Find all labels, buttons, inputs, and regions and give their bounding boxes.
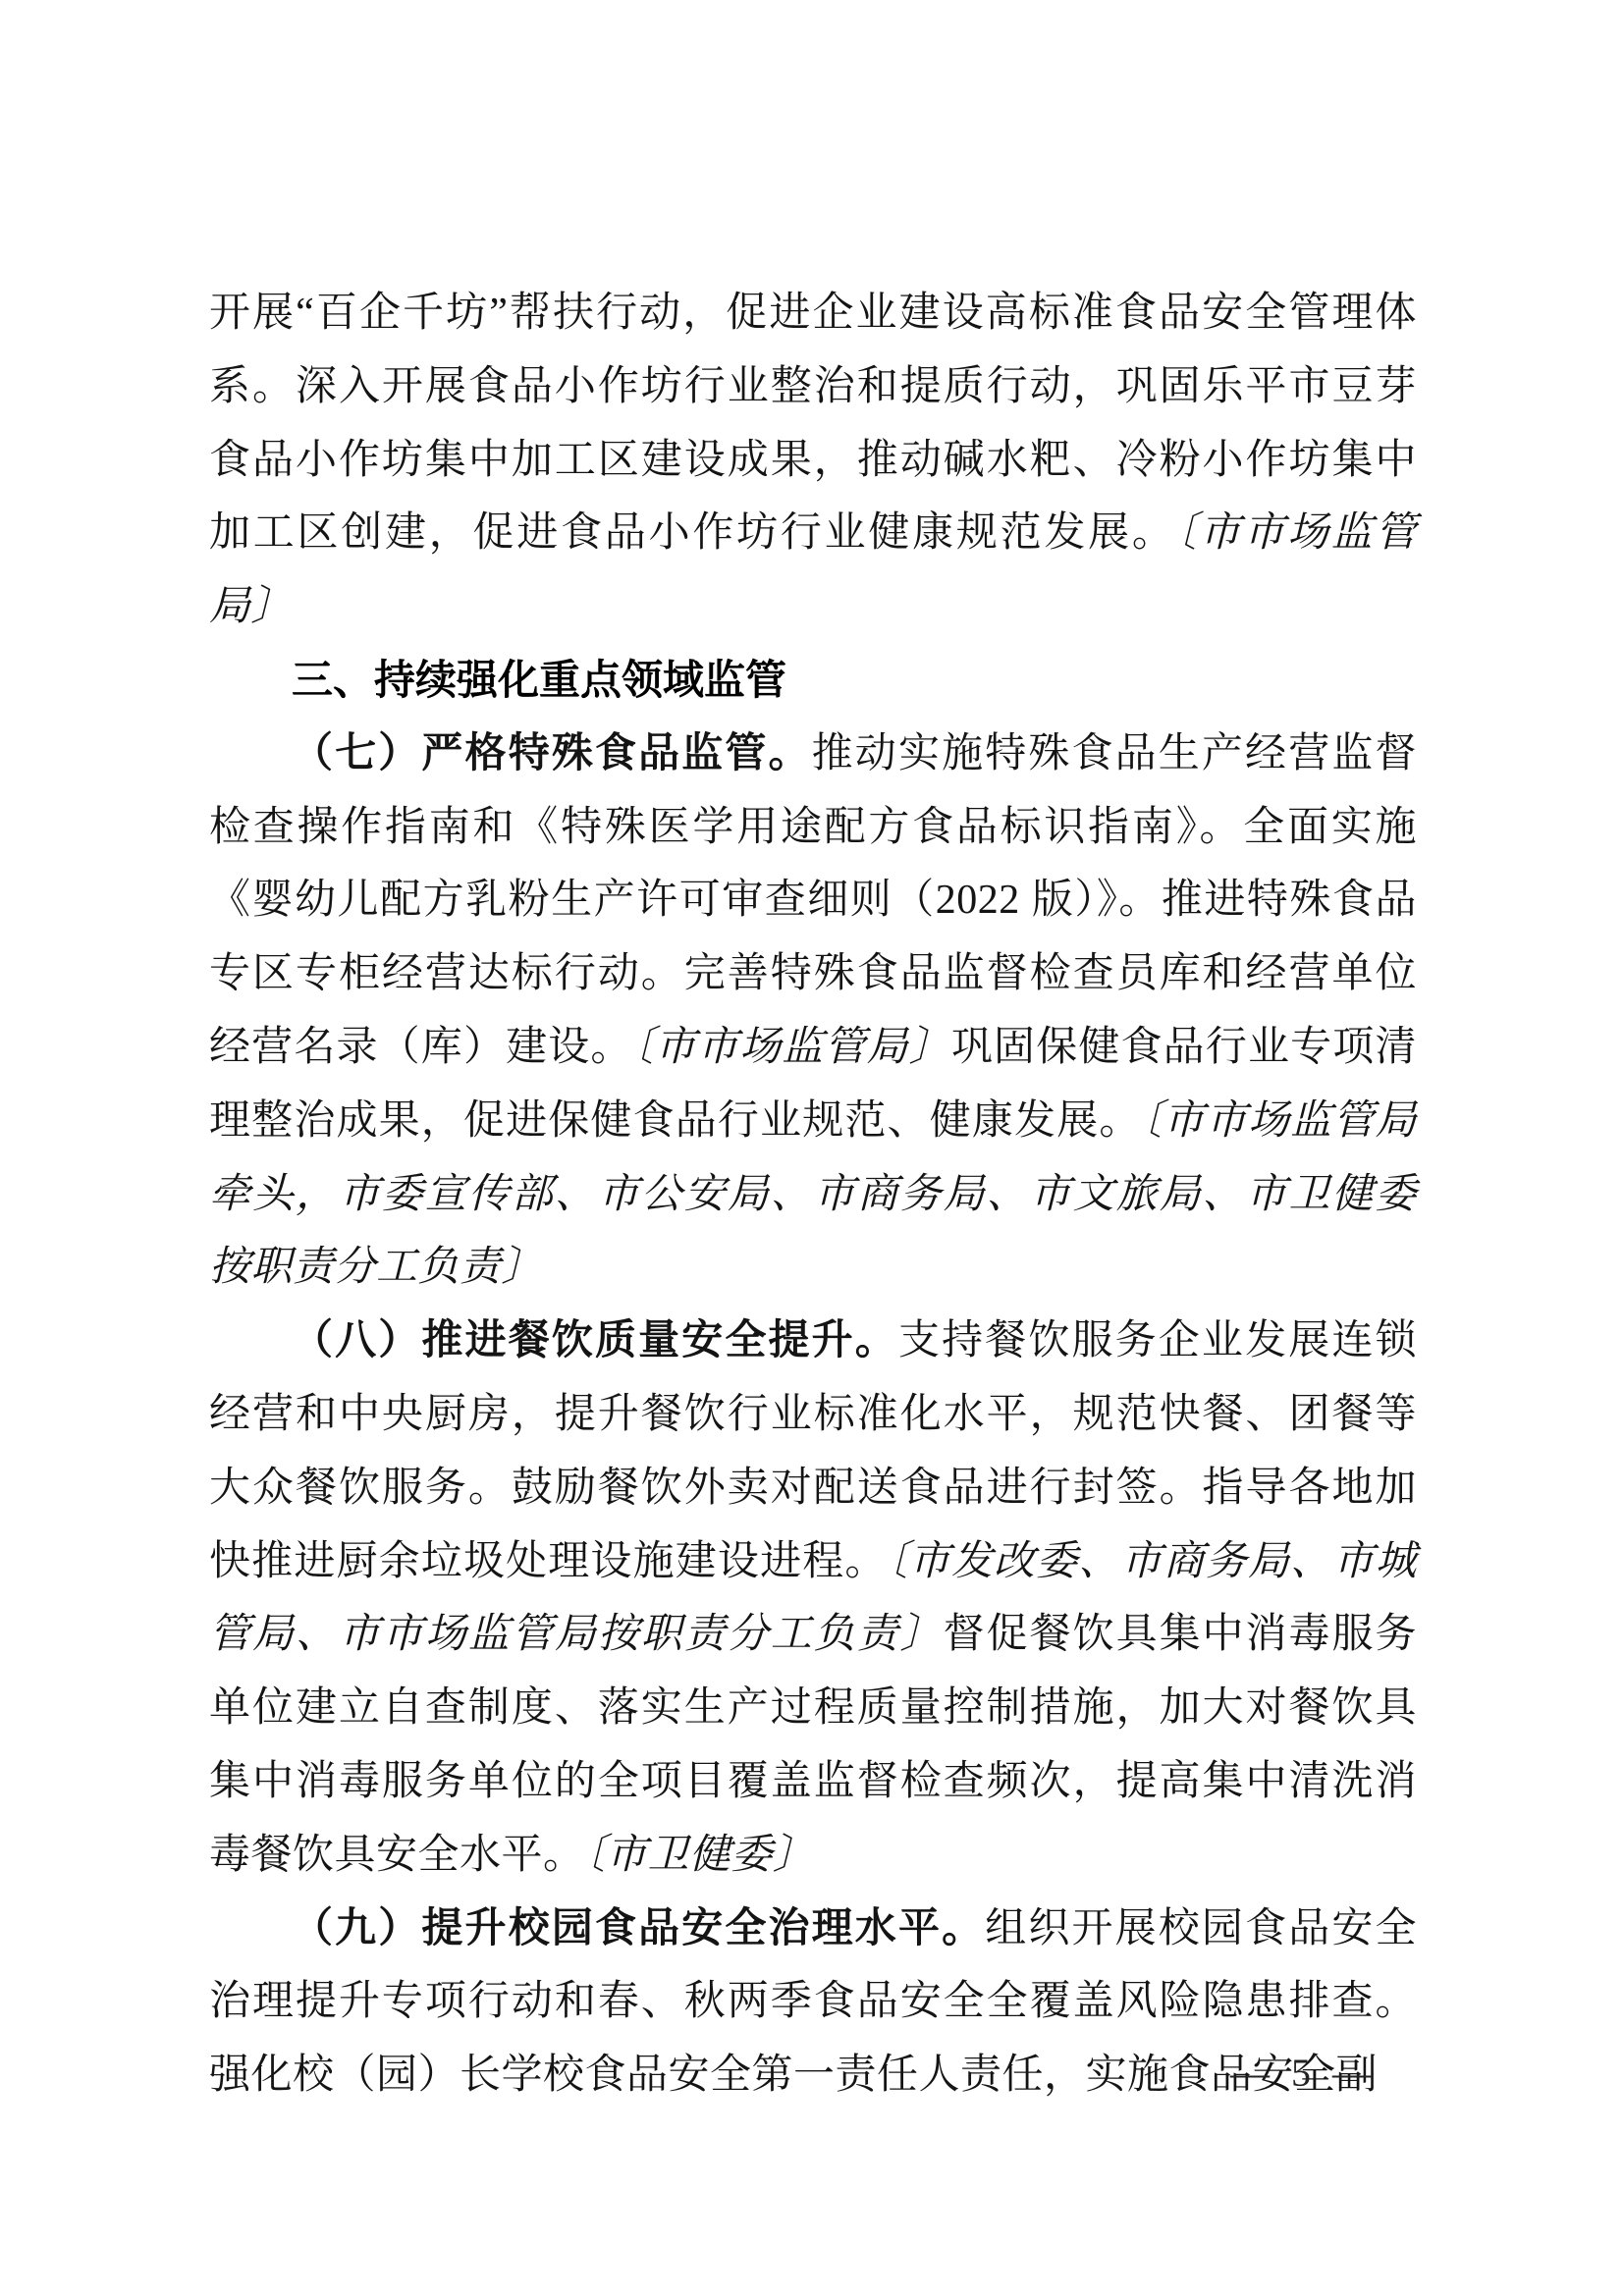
paragraph-continuation: 开展“百企千坊”帮扶行动，促进企业建设高标准食品安全管理体系。深入开展食品小作坊… <box>209 277 1417 644</box>
section-heading-3: 三、持续强化重点领域监管 <box>209 644 1417 718</box>
responsible-dept-annotation: 〔市卫健委〕 <box>585 1833 815 1878</box>
paragraph-item-8: （八）推进餐饮质量安全提升。支持餐饮服务企业发展连锁经营和中央厨房，提升餐饮行业… <box>209 1305 1417 1892</box>
page-number: — 5 — <box>1230 2052 1378 2095</box>
paragraph-item-7: （七）严格特殊食品监管。推动实施特殊食品生产经营监督检查操作指南和《特殊医学用途… <box>209 718 1417 1305</box>
item-9-lead: （九）提升校园食品安全治理水平。 <box>292 1906 985 1951</box>
item-7-lead: （七）严格特殊食品监管。 <box>292 731 812 776</box>
document-page-body: 开展“百企千坊”帮扶行动，促进企业建设高标准食品安全管理体系。深入开展食品小作坊… <box>209 277 1417 2112</box>
responsible-dept-annotation: 〔市市场监管局〕 <box>633 1025 951 1070</box>
item-7-body-1: 推动实施特殊食品生产经营监督检查操作指南和《特殊医学用途配方食品标识指南》。全面… <box>209 731 1417 1070</box>
item-8-lead: （八）推进餐饮质量安全提升。 <box>292 1318 898 1363</box>
